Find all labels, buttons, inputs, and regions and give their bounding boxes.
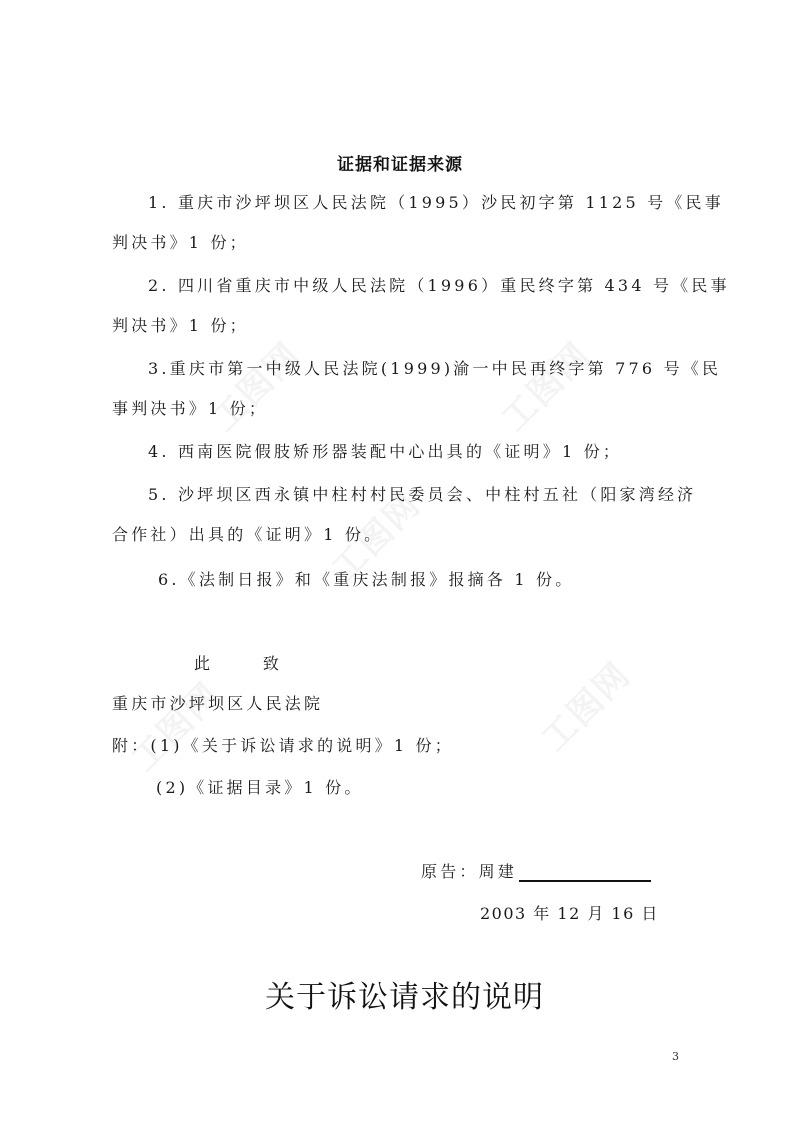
evidence-item-2-line1: 2. 四川省重庆市中级人民法院（1996）重民终字第 434 号《民事 [148, 276, 730, 296]
document-page: 工图网 工图网 工图网 工图网 工图网 证据和证据来源 1. 重庆市沙坪坝区人民… [0, 0, 800, 1132]
evidence-item-1-line2: 判决书》1 份； [112, 233, 249, 253]
recipient: 重庆市沙坪坝区人民法院 [112, 694, 323, 714]
signature-blank [519, 866, 651, 882]
page-number: 3 [672, 1050, 679, 1063]
next-section-title: 关于诉讼请求的说明 [265, 978, 544, 1018]
watermark: 工图网 [528, 649, 639, 760]
date: 2003 年 12 月 16 日 [480, 904, 659, 924]
watermark: 工图网 [198, 329, 309, 440]
evidence-item-5-line1: 5. 沙坪坝区西永镇中柱村村民委员会、中柱村五社（阳家湾经济 [148, 485, 696, 505]
evidence-item-3-line1: 3.重庆市第一中级人民法院(1999)渝一中民再终字第 776 号《民 [148, 359, 721, 379]
evidence-item-2-line2: 判决书》1 份； [112, 316, 249, 336]
salutation: 此 致 [194, 654, 282, 674]
evidence-item-1-line1: 1. 重庆市沙坪坝区人民法院（1995）沙民初字第 1125 号《民事 [148, 193, 724, 213]
evidence-item-3-line2: 事判决书》1 份； [112, 399, 268, 419]
attachment-2: (2)《证据目录》1 份。 [156, 778, 364, 798]
signature-label: 原告：周建 [421, 862, 517, 881]
evidence-item-4: 4. 西南医院假肢矫形器装配中心出具的《证明》1 份； [148, 442, 622, 462]
evidence-item-6: 6.《法制日报》和《重庆法制报》报摘各 1 份。 [158, 570, 574, 590]
evidence-item-5-line2: 合作社）出具的《证明》1 份。 [112, 525, 383, 545]
watermark: 工图网 [488, 329, 599, 440]
attachment-1: 附：(1)《关于诉讼请求的说明》1 份； [112, 736, 454, 756]
section-title: 证据和证据来源 [0, 150, 800, 175]
watermark: 工图网 [118, 669, 229, 780]
signature-line: 原告：周建 [421, 862, 651, 882]
